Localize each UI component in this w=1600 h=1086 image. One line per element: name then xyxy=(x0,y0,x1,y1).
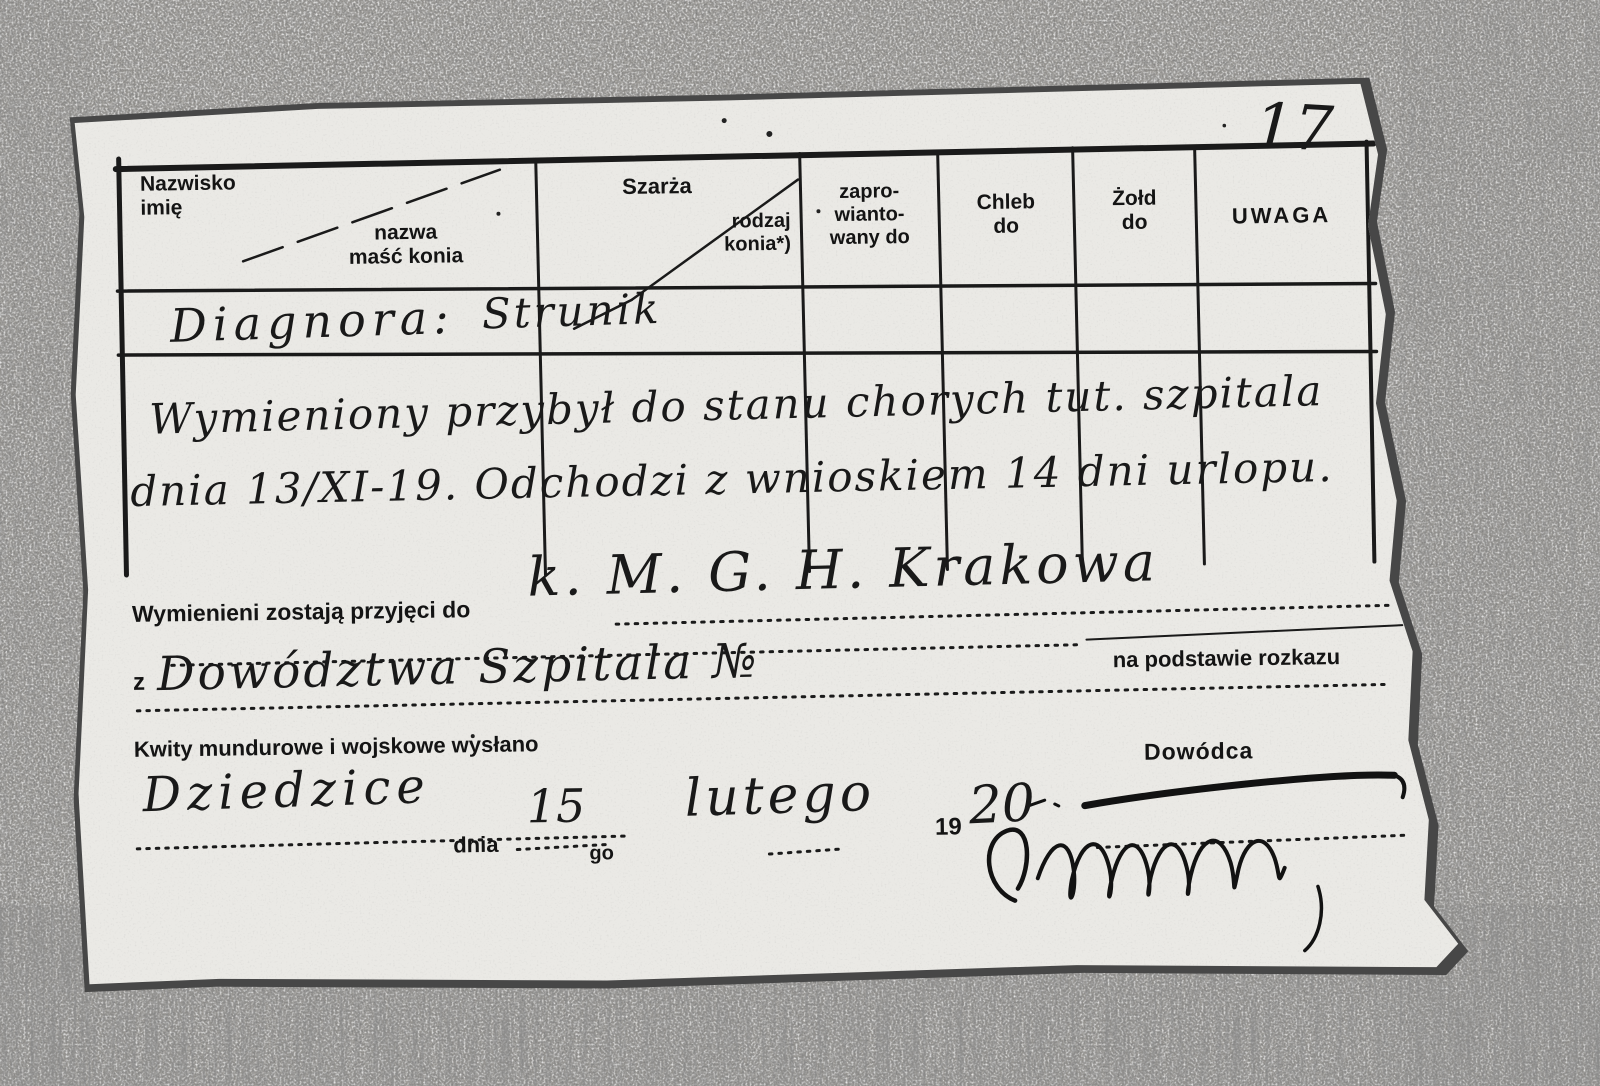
table-left-border xyxy=(119,159,127,575)
header-horse-kind: rodzaj konia*) xyxy=(650,210,791,258)
table-top-border xyxy=(116,144,1374,170)
dateline-day: 15 xyxy=(526,783,585,830)
document-card: 17 Nazwisko imię nazwa maść konia Szarża… xyxy=(69,82,1464,989)
header-pay: Żołd do xyxy=(1075,186,1194,236)
dateline-month: lutego xyxy=(684,767,876,825)
order-basis-label: na podstawie rozkazu xyxy=(1113,644,1341,672)
document-card-shadow: 17 Nazwisko imię nazwa maść konia Szarża… xyxy=(64,76,1474,997)
header-bread: Chleb do xyxy=(940,190,1072,240)
header-rank: Szarża xyxy=(622,173,692,199)
from-label: z xyxy=(133,669,145,697)
admission-destination: k. M. G. H. Krakowa xyxy=(527,535,1160,604)
header-name: Nazwisko imię xyxy=(140,171,236,221)
dateline-suffix: go xyxy=(589,842,614,865)
entry-rank: Strunik xyxy=(481,288,662,336)
dateline-year-printed: 19 xyxy=(935,813,962,841)
admission-label: Wymienieni zostają przyjęci do xyxy=(132,596,471,627)
handwritten-page-number: 17 xyxy=(1253,94,1335,160)
dateline-place: Dziedzice xyxy=(142,762,432,819)
admission-origin: Dowództwa Szpitala № xyxy=(156,638,760,699)
header-remarks: UWAGA xyxy=(1197,202,1365,230)
header-horse-name: nazwa maść konia xyxy=(311,220,502,271)
signature-stroke xyxy=(988,775,1407,955)
header-provisioned: zapro- wianto- wany do xyxy=(802,180,937,251)
entry-name: Diagnora: xyxy=(169,294,455,349)
dateline-day-label: dnia xyxy=(453,832,499,858)
dateline-year-written: 20 xyxy=(968,777,1037,832)
commander-label: Dowódca xyxy=(1144,737,1254,765)
